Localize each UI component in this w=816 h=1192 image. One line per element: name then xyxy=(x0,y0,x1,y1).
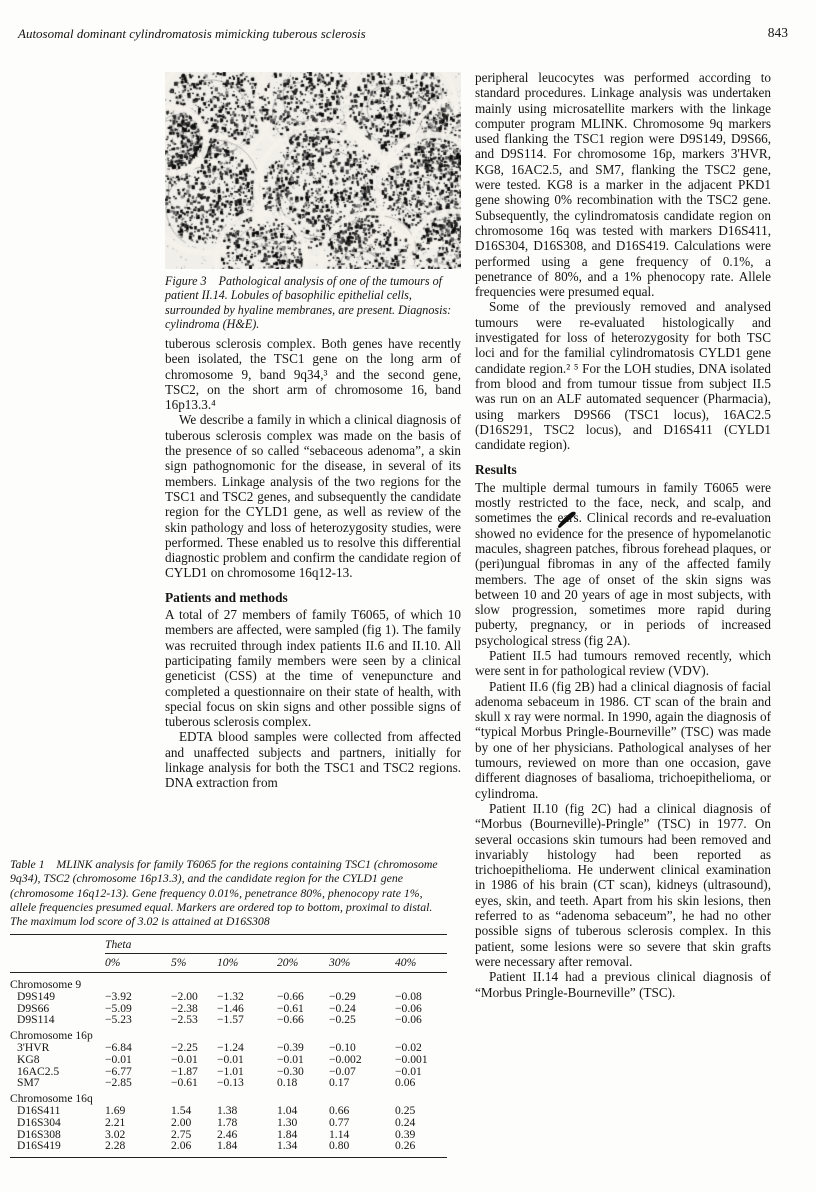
marker-cell: D9S114 xyxy=(10,1014,105,1026)
lod-value-cell: −3.92 xyxy=(105,991,171,1003)
body-paragraph: The multiple dermal tumours in family T6… xyxy=(475,480,771,648)
table1: Theta 0% 5% 10% 20% 30% 40% Chromosome 9… xyxy=(10,934,447,1158)
body-paragraph: Patient II.10 (fig 2C) had a clinical di… xyxy=(475,801,771,969)
lod-value-cell: 0.80 xyxy=(329,1140,395,1157)
column-header: 30% xyxy=(329,954,395,973)
column-header-row: 0% 5% 10% 20% 30% 40% xyxy=(10,954,447,973)
marker-cell: D16S304 xyxy=(10,1117,105,1129)
journal-page: Autosomal dominant cylindromatosis mimic… xyxy=(0,0,816,1192)
lod-value-cell: 1.84 xyxy=(217,1140,277,1157)
lod-value-cell: −1.32 xyxy=(217,991,277,1003)
lod-value-cell: 1.30 xyxy=(277,1117,329,1129)
column-header: 10% xyxy=(217,954,277,973)
lod-value-cell: 2.21 xyxy=(105,1117,171,1129)
empty-cell xyxy=(10,935,105,954)
table-row: D9S149−3.92−2.00−1.32−0.66−0.29−0.08 xyxy=(10,991,447,1003)
column-header: 40% xyxy=(395,954,447,973)
body-paragraph: We describe a family in which a clinical… xyxy=(165,412,461,580)
left-column: tuberous sclerosis complex. Both genes h… xyxy=(165,336,461,791)
lod-value-cell: −1.57 xyxy=(217,1014,277,1026)
lod-value-cell: −0.66 xyxy=(277,1014,329,1026)
theta-header-row: Theta xyxy=(10,935,447,954)
marker-cell: SM7 xyxy=(10,1077,105,1089)
lod-value-cell: −5.23 xyxy=(105,1014,171,1026)
theta-label: Theta xyxy=(105,935,447,954)
body-paragraph: peripheral leucocytes was performed acco… xyxy=(475,70,771,299)
table-group-row: Chromosome 9 xyxy=(10,973,447,991)
lod-value-cell: 0.24 xyxy=(395,1117,447,1129)
body-paragraph: Patient II.5 had tumours removed recentl… xyxy=(475,648,771,679)
body-paragraph: A total of 27 members of family T6065, o… xyxy=(165,607,461,729)
lod-value-cell: 1.78 xyxy=(217,1117,277,1129)
lod-value-cell: −2.00 xyxy=(171,991,217,1003)
lod-value-cell: −0.66 xyxy=(277,991,329,1003)
lod-value-cell: −0.01 xyxy=(217,1054,277,1066)
page-number: 843 xyxy=(768,25,788,41)
lod-value-cell: −0.13 xyxy=(217,1077,277,1089)
table1-body: Chromosome 9D9S149−3.92−2.00−1.32−0.66−0… xyxy=(10,973,447,1158)
table1-block: Table 1 MLINK analysis for family T6065 … xyxy=(10,857,447,1158)
lod-value-cell: −0.01 xyxy=(171,1054,217,1066)
column-header: 5% xyxy=(171,954,217,973)
lod-value-cell: 2.00 xyxy=(171,1117,217,1129)
table-row: D9S114−5.23−2.53−1.57−0.66−0.25−0.06 xyxy=(10,1014,447,1026)
lod-value-cell: −0.08 xyxy=(395,991,447,1003)
table-group-row: Chromosome 16p xyxy=(10,1026,447,1042)
ink-mark xyxy=(556,509,580,529)
lod-value-cell: −0.01 xyxy=(105,1054,171,1066)
lod-value-cell: 0.17 xyxy=(329,1077,395,1089)
lod-value-cell: 0.77 xyxy=(329,1117,395,1129)
lod-value-cell: −0.06 xyxy=(395,1014,447,1026)
column-header: 20% xyxy=(277,954,329,973)
column-header: 0% xyxy=(105,954,171,973)
body-paragraph: Patient II.14 had a previous clinical di… xyxy=(475,969,771,1000)
figure3-image-wrap xyxy=(165,72,461,269)
marker-cell: D9S149 xyxy=(10,991,105,1003)
section-heading-results: Results xyxy=(475,462,771,477)
right-column: peripheral leucocytes was performed acco… xyxy=(475,70,771,1000)
lod-value-cell: 0.06 xyxy=(395,1077,447,1089)
body-paragraph: Patient II.6 (fig 2B) had a clinical dia… xyxy=(475,679,771,801)
lod-value-cell: −2.85 xyxy=(105,1077,171,1089)
table-row: D16S3042.212.001.781.300.770.24 xyxy=(10,1117,447,1129)
table-row: D16S4192.282.061.841.340.800.26 xyxy=(10,1140,447,1157)
empty-cell xyxy=(10,954,105,973)
table-group-label: Chromosome 16p xyxy=(10,1026,447,1042)
table-group-row: Chromosome 16q xyxy=(10,1089,447,1105)
body-paragraph: EDTA blood samples were collected from a… xyxy=(165,729,461,790)
lod-value-cell: −0.01 xyxy=(277,1054,329,1066)
lod-value-cell: −0.001 xyxy=(395,1054,447,1066)
lod-value-cell: 1.34 xyxy=(277,1140,329,1157)
lod-value-cell: 0.18 xyxy=(277,1077,329,1089)
figure3-histology-image xyxy=(165,72,461,269)
body-paragraph: Some of the previously removed and analy… xyxy=(475,299,771,452)
lod-value-cell: −0.29 xyxy=(329,991,395,1003)
running-title: Autosomal dominant cylindromatosis mimic… xyxy=(18,26,366,42)
section-heading-patients-and-methods: Patients and methods xyxy=(165,590,461,605)
lod-value-cell: 0.26 xyxy=(395,1140,447,1157)
body-paragraph: tuberous sclerosis complex. Both genes h… xyxy=(165,336,461,412)
table-row: KG8−0.01−0.01−0.01−0.01−0.002−0.001 xyxy=(10,1054,447,1066)
marker-cell: KG8 xyxy=(10,1054,105,1066)
table-group-label: Chromosome 16q xyxy=(10,1089,447,1105)
table-group-label: Chromosome 9 xyxy=(10,973,447,991)
table1-caption: Table 1 MLINK analysis for family T6065 … xyxy=(10,857,447,928)
lod-value-cell: −0.002 xyxy=(329,1054,395,1066)
table-row: SM7−2.85−0.61−0.130.180.170.06 xyxy=(10,1077,447,1089)
marker-cell: D16S419 xyxy=(10,1140,105,1157)
lod-value-cell: −0.25 xyxy=(329,1014,395,1026)
lod-value-cell: 2.28 xyxy=(105,1140,171,1157)
lod-value-cell: 2.06 xyxy=(171,1140,217,1157)
figure3-caption: Figure 3 Pathological analysis of one of… xyxy=(165,274,461,332)
lod-value-cell: −2.53 xyxy=(171,1014,217,1026)
lod-value-cell: −0.61 xyxy=(171,1077,217,1089)
